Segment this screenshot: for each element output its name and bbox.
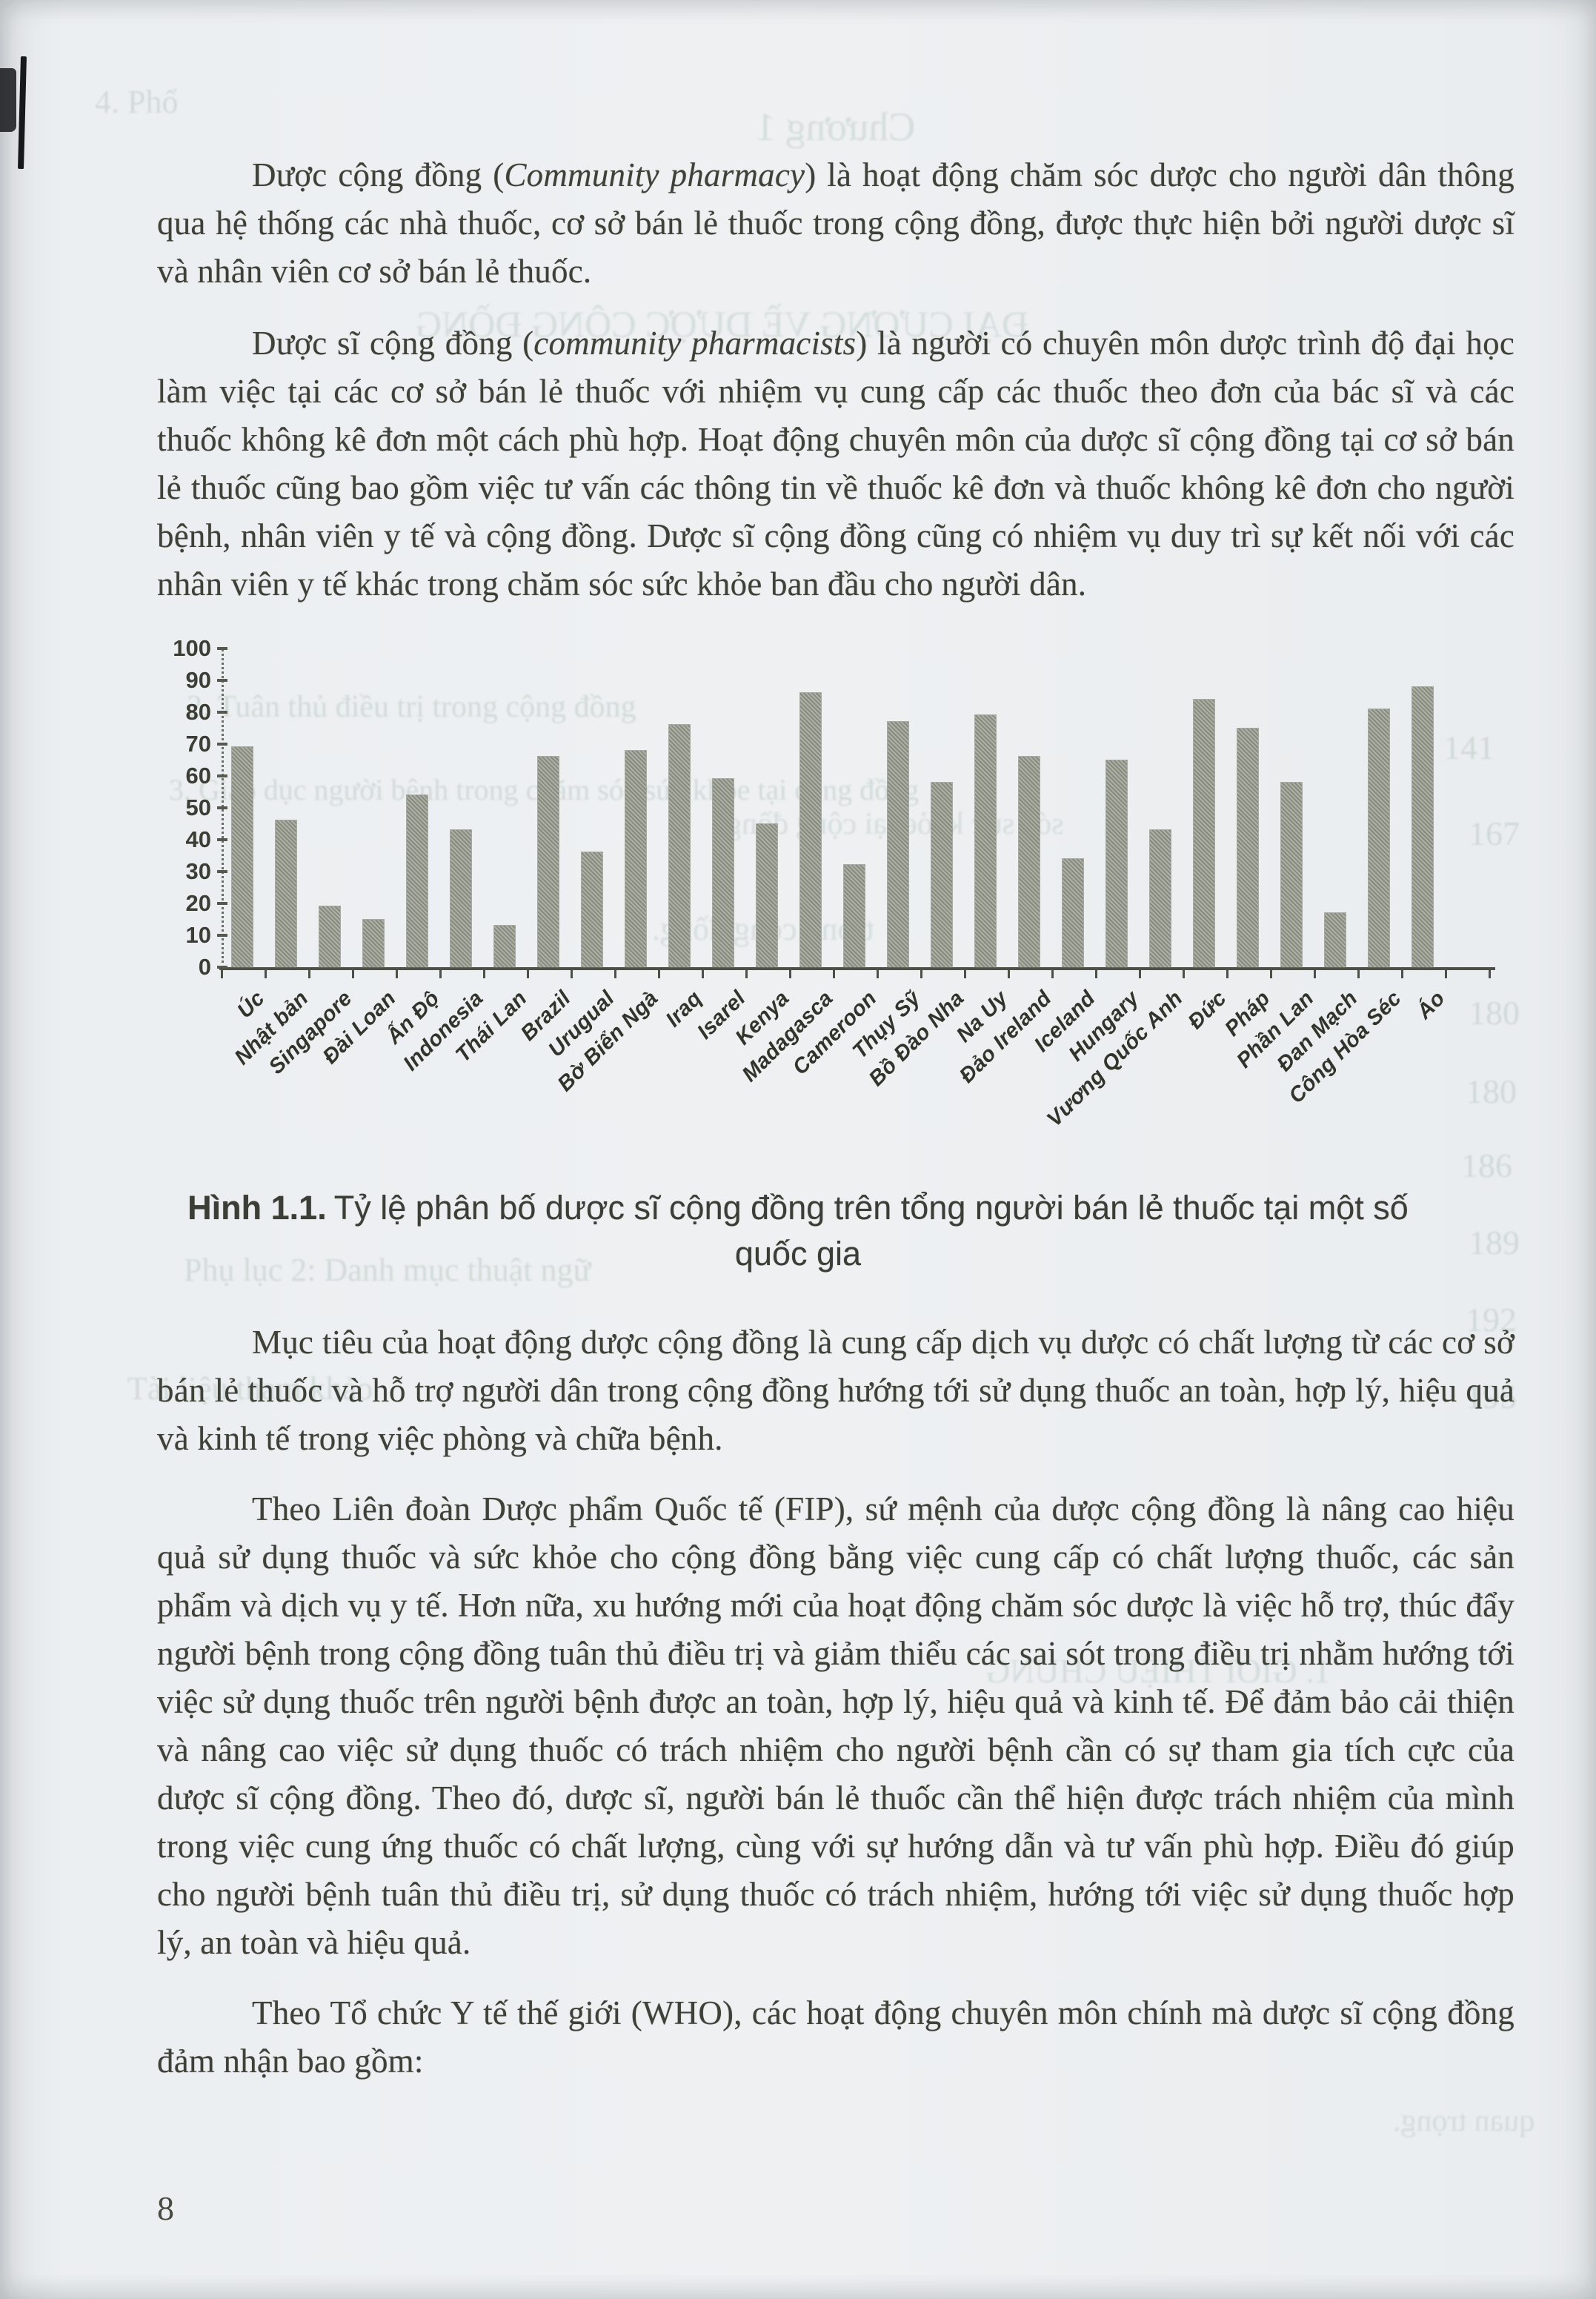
x-tick	[877, 967, 879, 978]
x-tick	[1401, 967, 1403, 978]
bar-24	[1281, 783, 1302, 967]
y-tick	[217, 743, 227, 746]
text-run: Community pharmacy	[504, 156, 805, 193]
figure-caption-text: Tỷ lệ phân bố dược sĩ cộng đồng trên tổn…	[334, 1189, 1409, 1273]
bar-15	[888, 722, 908, 967]
x-tick	[439, 967, 442, 978]
x-tick	[1139, 967, 1141, 978]
x-category-label: Áo	[1412, 986, 1450, 1024]
bar-19	[1063, 859, 1083, 967]
paragraph-who-activities-intro: Theo Tổ chức Y tế thế giới (WHO), các ho…	[157, 1989, 1514, 2086]
x-tick	[571, 967, 573, 978]
text-run: Theo Tổ chức Y tế thế giới (WHO), các ho…	[157, 1994, 1514, 2080]
x-tick	[527, 967, 529, 978]
bar-3	[363, 920, 384, 968]
paragraph-community-pharmacy-objective: Mục tiêu của hoạt động dược cộng đồng là…	[157, 1318, 1514, 1463]
figure-caption: Hình 1.1.Tỷ lệ phân bố dược sĩ cộng đồng…	[176, 1185, 1420, 1277]
y-tick-label: 90	[152, 667, 211, 694]
y-tick	[217, 934, 227, 937]
scanned-document-page: 4. PhổChương 1ĐẠI CƯƠNG VỀ DƯỢC CỘNG ĐỒN…	[0, 0, 1596, 2299]
bar-27	[1412, 687, 1433, 967]
x-tick	[1357, 967, 1360, 978]
y-tick	[217, 806, 227, 809]
x-axis	[219, 967, 1495, 970]
bar-20	[1106, 760, 1127, 968]
bar-25	[1325, 913, 1346, 967]
bar-23	[1237, 729, 1258, 968]
text-run: Dược sĩ cộng đồng (	[252, 325, 533, 362]
page-number: 8	[157, 2189, 174, 2228]
y-tick	[217, 647, 227, 650]
y-tick-label: 40	[152, 826, 211, 853]
x-tick	[1489, 967, 1491, 978]
text-run: Mục tiêu của hoạt động dược cộng đồng là…	[157, 1324, 1514, 1457]
x-tick	[1183, 967, 1185, 978]
x-tick	[1314, 967, 1316, 978]
figure-bar-chart: 1009080706050403020100ÚcNhật bảnSingapor…	[0, 628, 1596, 1155]
x-tick	[1095, 967, 1097, 978]
y-tick-label: 20	[152, 890, 211, 917]
bar-0	[232, 747, 253, 967]
bar-6	[494, 926, 515, 967]
x-tick	[1445, 967, 1447, 978]
bar-12	[757, 824, 777, 968]
text-run: ) là người có chuyên môn dược trình độ đ…	[157, 325, 1514, 603]
y-tick	[217, 902, 227, 905]
page-content: Dược cộng đồng (Community pharmacy) là h…	[0, 0, 1596, 2086]
text-run: community pharmacists	[533, 325, 856, 362]
bar-21	[1150, 830, 1171, 967]
y-tick-label: 70	[152, 731, 211, 757]
bar-11	[713, 779, 734, 967]
x-tick	[396, 967, 398, 978]
y-tick-label: 10	[152, 922, 211, 949]
y-tick-label: 0	[152, 954, 211, 981]
x-tick	[833, 967, 835, 978]
bar-22	[1194, 700, 1214, 967]
x-tick	[1051, 967, 1054, 978]
bar-1	[276, 820, 296, 967]
bar-5	[450, 830, 471, 967]
bar-17	[975, 715, 996, 967]
paragraph-community-pharmacist-definition: Dược sĩ cộng đồng (community pharmacists…	[157, 319, 1514, 608]
x-tick	[614, 967, 616, 978]
x-tick	[352, 967, 354, 978]
x-tick	[308, 967, 310, 978]
x-tick	[265, 967, 267, 978]
y-tick	[217, 679, 227, 682]
y-tick	[217, 838, 227, 841]
paragraph-community-pharmacy-definition: Dược cộng đồng (Community pharmacy) là h…	[157, 0, 1514, 296]
y-tick-label: 80	[152, 699, 211, 726]
paragraph-fip-mission: Theo Liên đoàn Dược phẩm Quốc tế (FIP), …	[157, 1485, 1514, 1967]
y-tick	[217, 711, 227, 714]
bar-2	[319, 906, 340, 967]
x-tick	[920, 967, 922, 978]
x-tick	[1226, 967, 1228, 978]
x-tick	[221, 967, 223, 978]
bar-13	[800, 693, 821, 967]
y-tick-label: 60	[152, 763, 211, 789]
bar-18	[1019, 757, 1040, 967]
x-tick	[658, 967, 660, 978]
text-run: Theo Liên đoàn Dược phẩm Quốc tế (FIP), …	[157, 1490, 1514, 1961]
bar-8	[582, 852, 602, 967]
bar-7	[538, 757, 559, 967]
x-tick	[745, 967, 748, 978]
x-tick	[789, 967, 791, 978]
bar-4	[407, 795, 428, 967]
x-tick	[1270, 967, 1272, 978]
x-tick	[964, 967, 966, 978]
y-tick-label: 50	[152, 794, 211, 821]
bar-16	[931, 783, 952, 967]
y-tick-label: 100	[152, 635, 211, 662]
bar-10	[669, 725, 690, 967]
bar-9	[625, 751, 646, 967]
x-tick	[702, 967, 704, 978]
x-tick	[483, 967, 485, 978]
y-tick-label: 30	[152, 858, 211, 885]
bar-26	[1369, 709, 1389, 967]
bleed-through-fragment: quan trọng.	[1393, 2103, 1535, 2139]
bar-14	[844, 865, 865, 967]
text-run: Dược cộng đồng (	[252, 156, 504, 193]
x-tick	[1008, 967, 1010, 978]
y-tick	[217, 870, 227, 873]
y-tick	[217, 774, 227, 777]
figure-caption-label: Hình 1.1.	[187, 1189, 327, 1227]
